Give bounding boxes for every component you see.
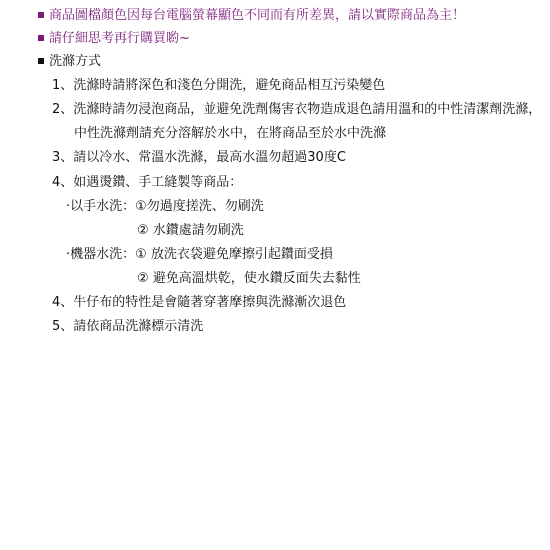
notice-think-before-buy: 請仔細思考再行購買喲~ <box>38 31 190 47</box>
section-title: 洗滌方式 <box>38 54 101 70</box>
item-text: 請依商品洗滌標示清洗 <box>73 319 203 334</box>
hand-wash-line-2: ② 水鑽處請勿刷洗 <box>137 223 244 238</box>
hand-wash-row-2: ② 水鑽處請勿刷洗 <box>137 223 244 239</box>
machine-wash-row: ·機器水洗：① 放洗衣袋避免摩擦引起鑽面受損 <box>66 247 333 263</box>
item-text: 如遇燙鑽、手工縫製等商品： <box>73 175 242 190</box>
section-title-text: 洗滌方式 <box>49 54 101 69</box>
notice-text: 請仔細思考再行購買喲~ <box>49 31 190 46</box>
hand-wash-row: ·以手水洗：①勿過度搓洗、勿刷洗 <box>66 199 264 215</box>
machine-wash-line-2: ② 避免高溫烘乾，使水鑽反面失去黏性 <box>137 271 361 286</box>
item-number: 4、 <box>52 175 73 191</box>
notice-color-disclaimer: 商品圖檔顏色因每台電腦螢幕顯色不同而有所差異，請以實際商品為主！ <box>38 8 465 24</box>
item-number: 2、 <box>52 102 73 118</box>
item-text: 請以冷水、常溫水洗滌，最高水溫勿超過30度C <box>73 150 346 165</box>
wash-item-denim: 4、牛仔布的特性是會隨著穿著摩擦與洗滌漸次退色 <box>52 295 346 311</box>
wash-item-2-continuation: 中性洗滌劑請充分溶解於水中，在將商品至於水中洗滌 <box>74 126 386 142</box>
wash-item-1: 1、洗滌時請將深色和淺色分開洗，避免商品相互污染變色 <box>52 78 385 94</box>
notice-text: 商品圖檔顏色因每台電腦螢幕顯色不同而有所差異，請以實際商品為主！ <box>49 8 465 23</box>
wash-item-2: 2、洗滌時請勿浸泡商品，並避免洗劑傷害衣物造成退色請用溫和的中性清潔劑洗滌， <box>52 102 541 118</box>
square-bullet-icon <box>38 12 44 18</box>
item-number: 3、 <box>52 150 73 166</box>
hand-wash-line-1: ①勿過度搓洗、勿刷洗 <box>135 199 264 214</box>
item-text: 洗滌時請將深色和淺色分開洗，避免商品相互污染變色 <box>73 78 385 93</box>
item-number: 1、 <box>52 78 73 94</box>
item-text: 中性洗滌劑請充分溶解於水中，在將商品至於水中洗滌 <box>74 126 386 141</box>
item-text: 牛仔布的特性是會隨著穿著摩擦與洗滌漸次退色 <box>73 295 346 310</box>
square-bullet-icon <box>38 35 44 41</box>
wash-item-4: 4、如遇燙鑽、手工縫製等商品： <box>52 175 242 191</box>
wash-item-3: 3、請以冷水、常溫水洗滌，最高水溫勿超過30度C <box>52 150 346 166</box>
wash-item-5: 5、請依商品洗滌標示清洗 <box>52 319 203 335</box>
square-bullet-icon <box>38 58 44 64</box>
item-text: 洗滌時請勿浸泡商品，並避免洗劑傷害衣物造成退色請用溫和的中性清潔劑洗滌， <box>73 102 541 117</box>
item-number: 4、 <box>52 295 73 311</box>
hand-wash-label: ·以手水洗： <box>66 199 135 215</box>
machine-wash-row-2: ② 避免高溫烘乾，使水鑽反面失去黏性 <box>137 271 361 287</box>
machine-wash-label: ·機器水洗： <box>66 247 135 263</box>
item-number: 5、 <box>52 319 73 335</box>
machine-wash-line-1: ① 放洗衣袋避免摩擦引起鑽面受損 <box>135 247 333 262</box>
